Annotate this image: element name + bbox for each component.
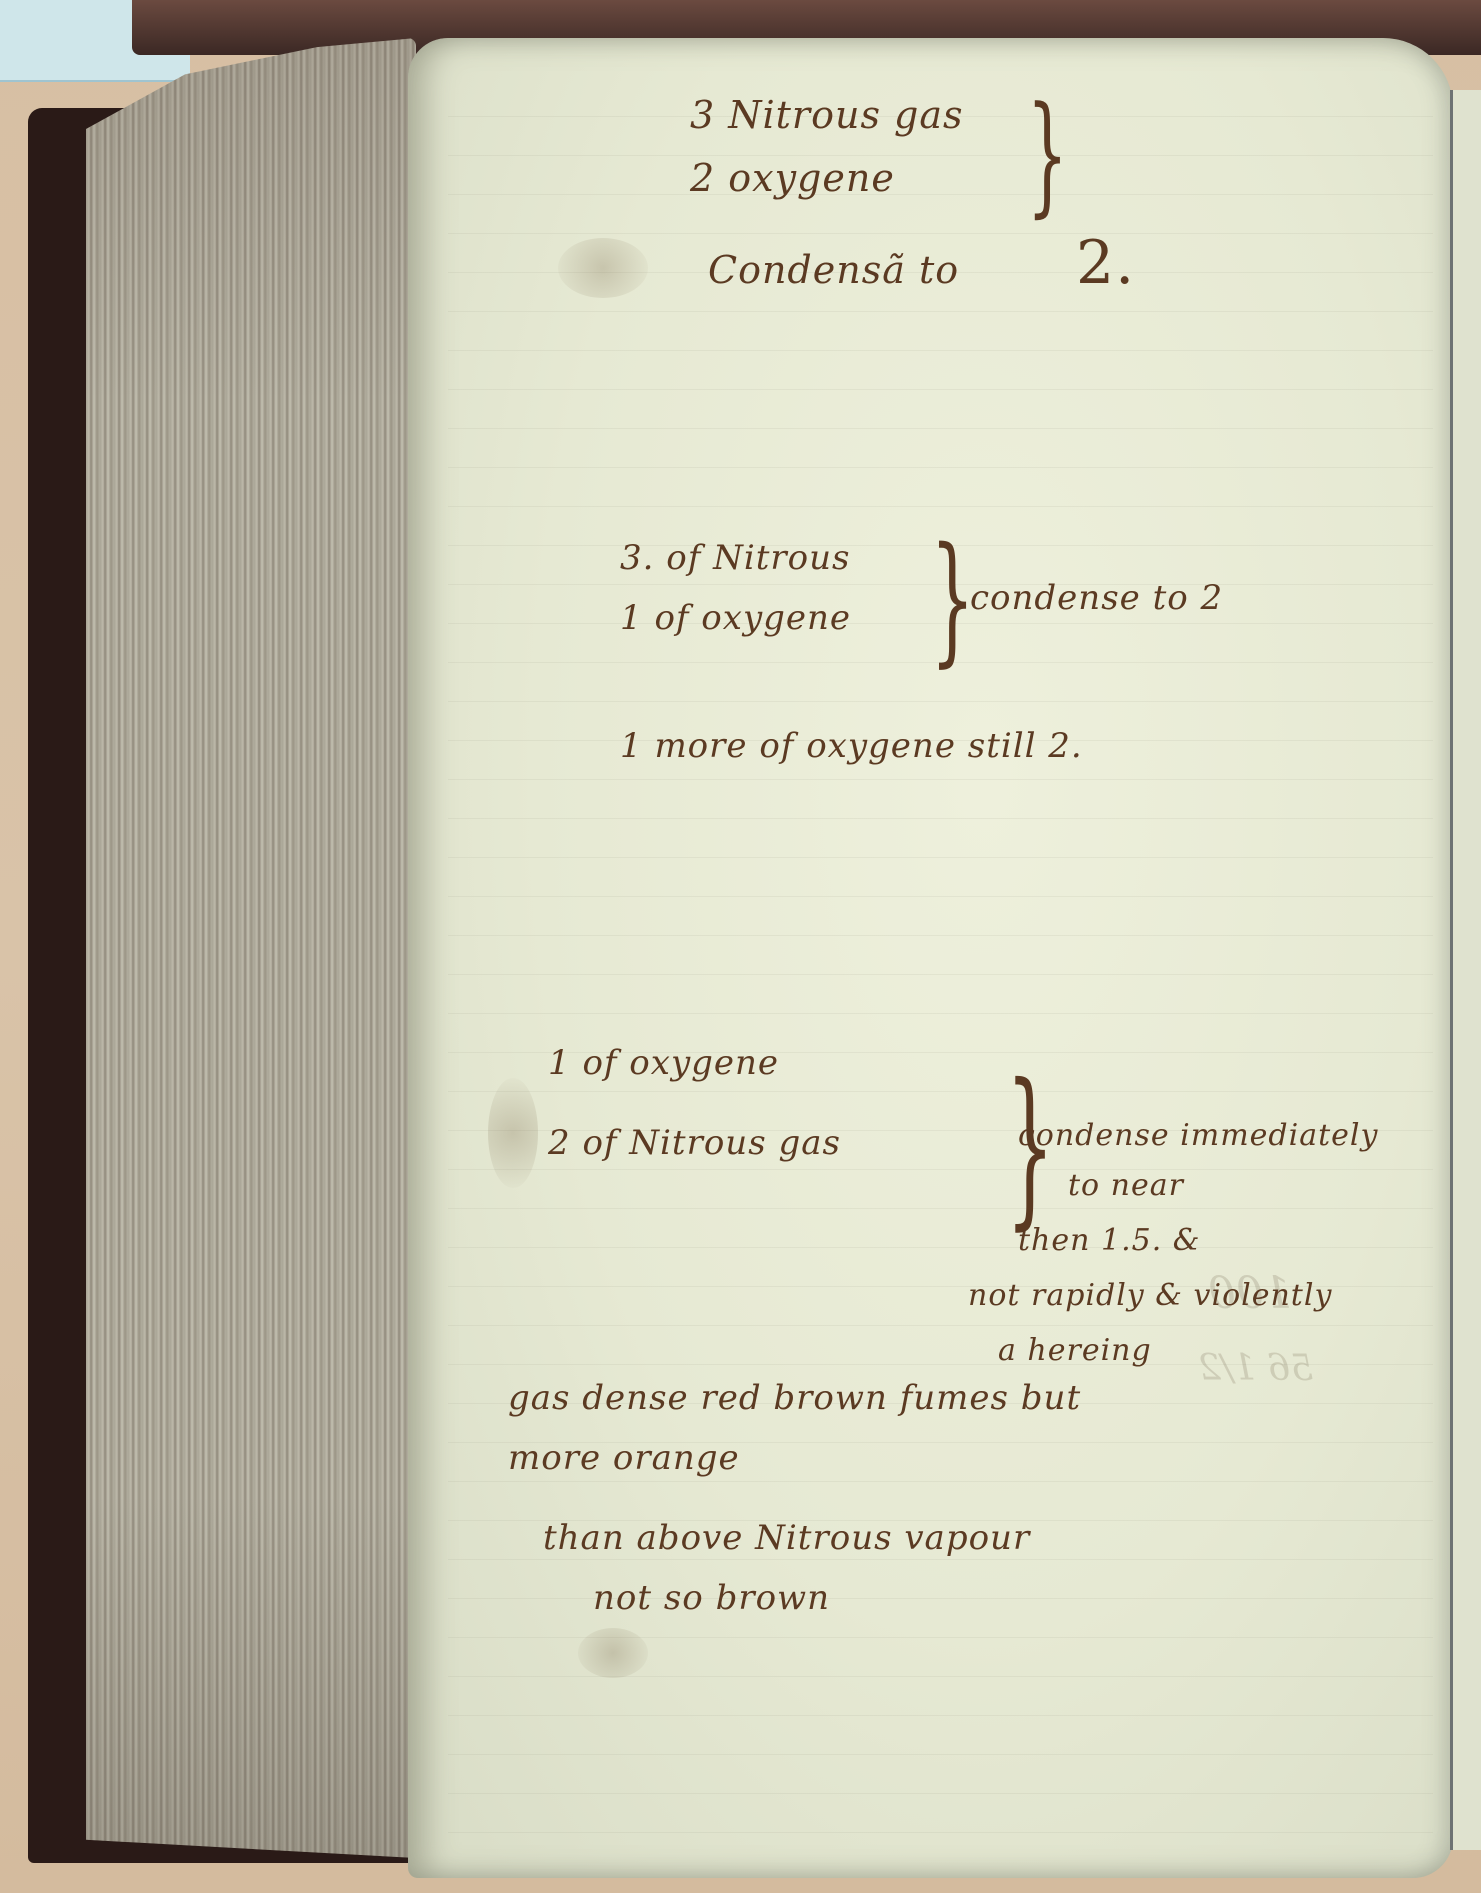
entry6-line1: than above Nitrous vapour — [543, 1518, 1030, 1558]
ruled-lines — [448, 78, 1433, 1838]
entry2-brace: } — [930, 518, 975, 681]
entry5-line2: more orange — [508, 1438, 740, 1478]
entry4-line1: 1 of oxygene — [548, 1043, 779, 1083]
entry4-result-line4: not rapidly & violently — [968, 1278, 1332, 1313]
ink-stain — [558, 238, 648, 298]
entry4-result-line5: a hereing — [998, 1333, 1152, 1368]
entry4-result-line2: to near — [1068, 1168, 1184, 1203]
entry1-brace: } — [1027, 78, 1068, 230]
entry1-result: Condensã to — [708, 248, 959, 292]
entry4-result-line3: then 1.5. & — [1018, 1223, 1200, 1258]
entry2-line1: 3. of Nitrous — [620, 538, 850, 578]
entry6-line2: not so brown — [593, 1578, 830, 1618]
page-edges — [86, 38, 416, 1858]
entry4-result-line1: condense immediately — [1018, 1118, 1378, 1153]
facing-page-edge — [1450, 90, 1481, 1850]
entry2-line2: 1 of oxygene — [620, 598, 851, 638]
notebook-page: 100 56 1/2 3 Nitrous gas 2 oxygene } Con… — [408, 38, 1453, 1878]
entry5-line1: gas dense red brown fumes but — [508, 1378, 1081, 1418]
ink-stain — [488, 1078, 538, 1188]
bleed-through-number: 56 1/2 — [1198, 1348, 1313, 1389]
entry1-result-value: 2. — [1076, 228, 1135, 298]
entry2-result: condense to 2 — [970, 578, 1223, 618]
entry4-line2: 2 of Nitrous gas — [548, 1123, 841, 1163]
entry3-line: 1 more of oxygene still 2. — [620, 726, 1083, 766]
entry1-line2: 2 oxygene — [690, 156, 895, 200]
ink-stain — [578, 1628, 648, 1678]
entry1-line1: 3 Nitrous gas — [690, 93, 964, 137]
